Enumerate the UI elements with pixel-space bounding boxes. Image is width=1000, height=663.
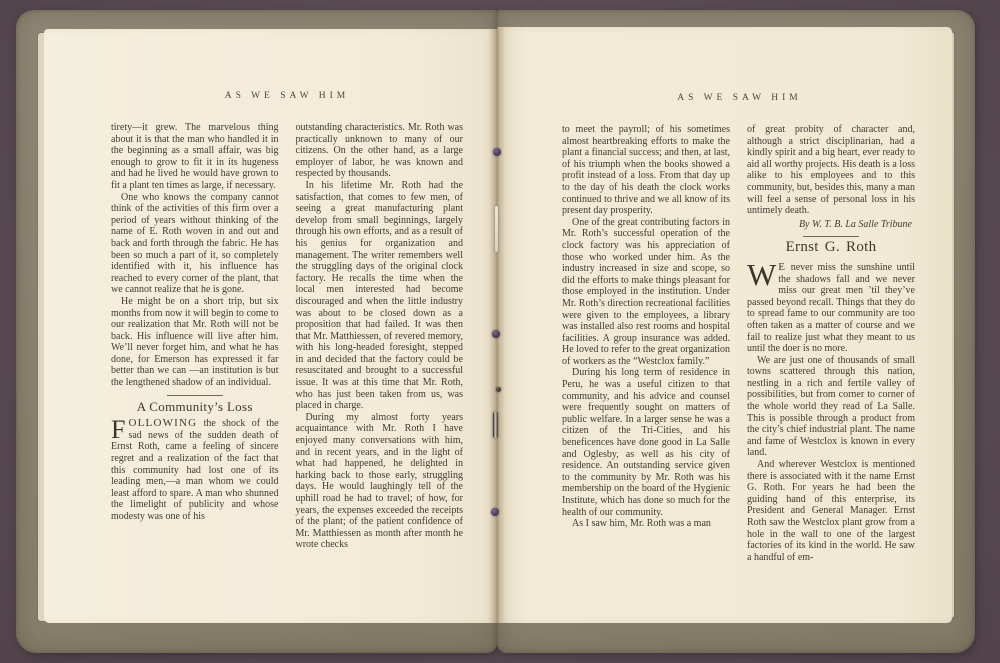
running-head: AS WE SAW HIM [562,93,917,103]
section-divider [803,236,859,237]
thread-stitch [495,206,498,252]
byline-tribune: By W. T. B. La Salle Tribune [747,219,915,231]
paragraph: During my almost forty years acquaintanc… [296,412,464,551]
leadin-caps: E [778,261,786,273]
section-divider [167,395,223,396]
stitch-dot [491,508,499,516]
stitch-dot-small [496,387,501,392]
left-page-column-2: outstanding characteristics. Mr. Roth wa… [296,122,464,551]
photo-background: AS WE SAW HIM tirety—it grew. The marvel… [0,0,1000,663]
paragraph: During his long term of residence in Per… [562,367,730,518]
section-title-communitys-loss: A Community’s Loss [111,401,279,413]
dropcap-letter: W [747,262,778,286]
paragraph: We are just one of thousands of small to… [747,355,915,459]
page-right: AS WE SAW HIM to meet the payroll; of hi… [497,27,952,623]
paragraph: WE never miss the sunshine until the sha… [747,262,915,355]
paragraph-text: the shock of the sad news of the sudden … [111,418,279,522]
left-page-column-1: tirety—it grew. The marvelous thing abou… [111,122,279,551]
paragraph: FOLLOWING the shock of the sad news of t… [111,418,279,522]
paragraph: And wherever Westclox is mentioned there… [747,459,915,563]
paragraph: of great probity of character and, altho… [747,124,915,217]
stitch-dot [492,330,500,338]
section-title-ernst-g-roth: Ernst G. Roth [747,242,915,254]
dropcap-letter: F [111,418,128,440]
paragraph: One who knows the company cannot think o… [111,192,279,296]
paragraph: outstanding characteristics. Mr. Roth wa… [296,122,464,180]
page-left: AS WE SAW HIM tirety—it grew. The marvel… [44,29,497,623]
binding-seam [489,27,505,623]
running-head: AS WE SAW HIM [111,91,463,101]
staple [493,412,498,438]
right-page-column-2: of great probity of character and, altho… [747,124,915,563]
paragraph: As I saw him, Mr. Roth was a man [562,518,730,530]
paragraph: In his lifetime Mr. Roth had the satisfa… [296,180,464,412]
leadin-caps: OLLOWING [128,417,197,429]
paragraph: He might be on a short trip, but six mon… [111,296,279,389]
paragraph: to meet the payroll; of his sometimes al… [562,124,730,217]
paragraph: tirety—it grew. The marvelous thing abou… [111,122,279,192]
stitch-dot [493,148,501,156]
paragraph: One of the great contributing factors in… [562,217,730,368]
right-page-column-1: to meet the payroll; of his sometimes al… [562,124,730,563]
